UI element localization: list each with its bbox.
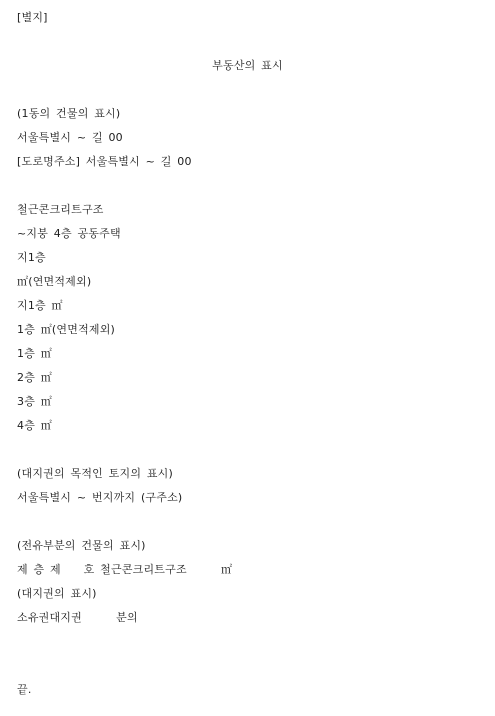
section-heading-exclusive-part: (전유부분의 건물의 표시) — [17, 534, 495, 558]
attachment-label: [별지] — [17, 6, 495, 30]
section-heading-land-right-indication: (대지권의 표시) — [17, 582, 495, 606]
fourth-floor-area-line: 4층 ㎡ — [17, 414, 495, 438]
document-title: 부동산의 표시 — [17, 54, 495, 78]
section-heading-land-right-target: (대지권의 목적인 토지의 표시) — [17, 462, 495, 486]
blank-line — [17, 30, 495, 54]
document-page: [별지]부동산의 표시(1동의 건물의 표시)서울특별시 ~ 길 00[도로명주… — [0, 0, 495, 716]
basement-floor-line: 지1층 — [17, 246, 495, 270]
ownership-land-right-line: 소유권대지권 분의 — [17, 606, 495, 630]
lot-address-line: 서울특별시 ~ 길 00 — [17, 126, 495, 150]
area-excluded-line: ㎡(연면적제외) — [17, 270, 495, 294]
second-floor-area-line: 2층 ㎡ — [17, 366, 495, 390]
roof-floors-line: ~지붕 4층 공동주택 — [17, 222, 495, 246]
road-name-address-line: [도로명주소] 서울특별시 ~ 길 00 — [17, 150, 495, 174]
end-label: 끝. — [17, 678, 495, 702]
first-floor-area-line: 1층 ㎡ — [17, 342, 495, 366]
blank-line — [17, 438, 495, 462]
blank-line — [17, 510, 495, 534]
basement-floor-area-line: 지1층 ㎡ — [17, 294, 495, 318]
third-floor-area-line: 3층 ㎡ — [17, 390, 495, 414]
structure-line: 철근콘크리트구조 — [17, 198, 495, 222]
first-floor-area-excluded-line: 1층 ㎡(연면적제외) — [17, 318, 495, 342]
blank-line — [17, 174, 495, 198]
blank-line — [17, 630, 495, 654]
blank-line — [17, 654, 495, 678]
section-heading-building-overall: (1동의 건물의 표시) — [17, 102, 495, 126]
document-body: [별지]부동산의 표시(1동의 건물의 표시)서울특별시 ~ 길 00[도로명주… — [17, 6, 495, 702]
blank-line — [17, 78, 495, 102]
land-address-line: 서울특별시 ~ 번지까지 (구주소) — [17, 486, 495, 510]
unit-description-line: 제 층 제 호 철근콘크리트구조 ㎡ — [17, 558, 495, 582]
